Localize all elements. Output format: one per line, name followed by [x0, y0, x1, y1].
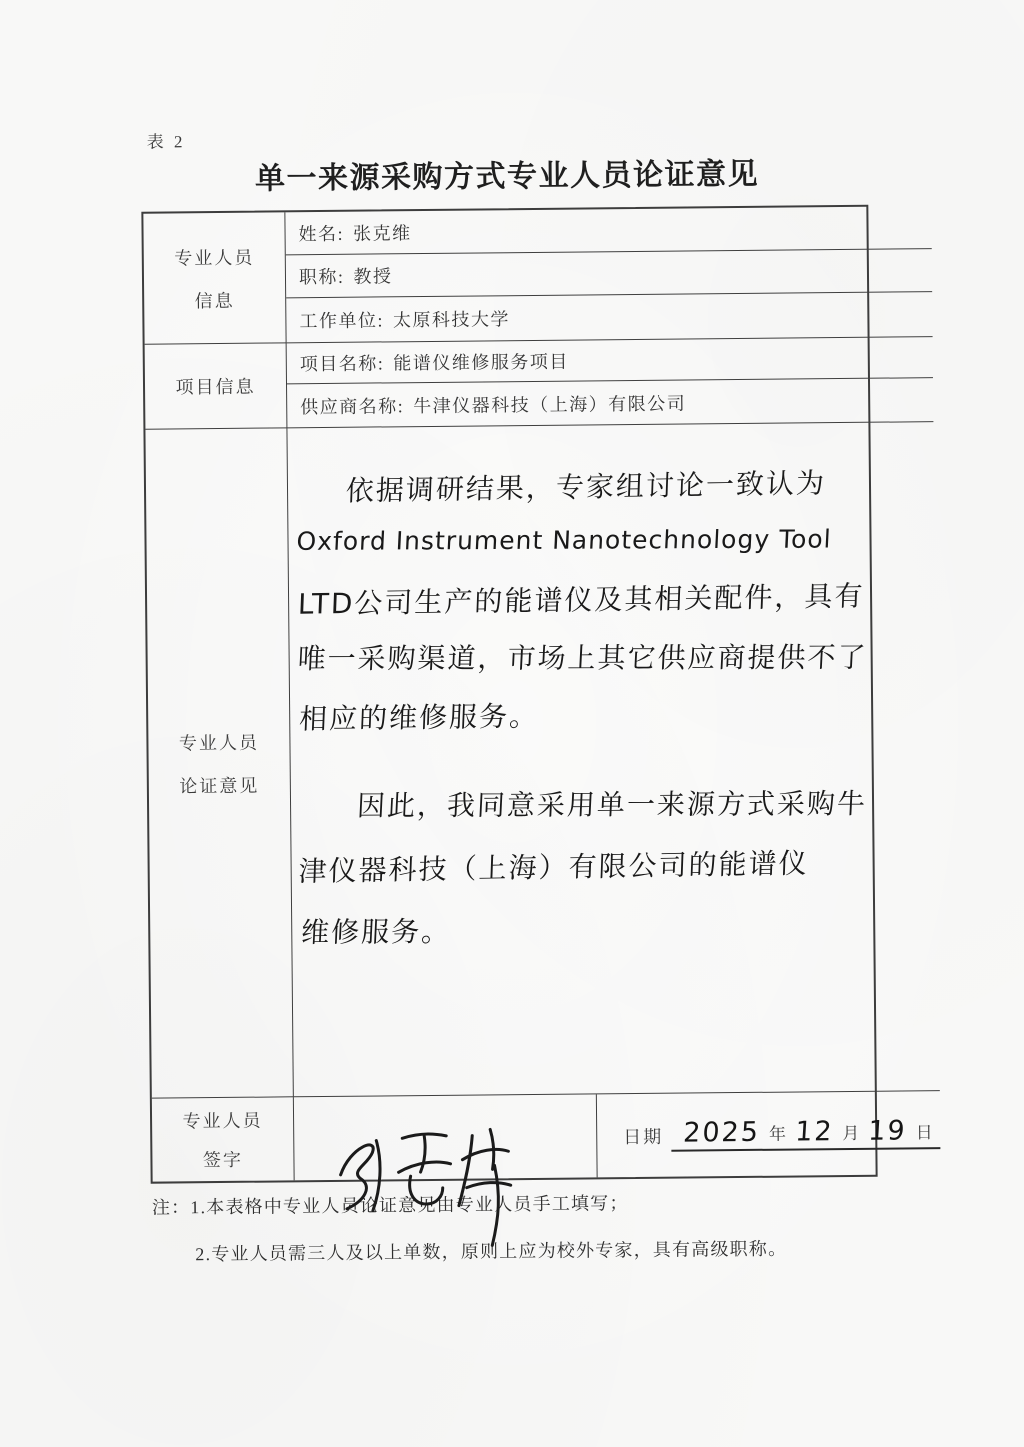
field-project-name-value: 能谱仪维修服务项目: [393, 348, 569, 376]
personnel-info-label-line1: 专业人员: [174, 243, 254, 270]
paper-sheet: 表 2 单一来源采购方式专业人员论证意见 专业人员 信息 姓名: 张克维 职称:…: [0, 0, 1024, 1447]
handwritten-opinion-line: 相应的维修服务。: [298, 695, 540, 738]
month-suffix: 月: [842, 1124, 859, 1145]
opinion-cell: 依据调研结果，专家组讨论一致认为 Oxford Instrument Nanot…: [287, 422, 940, 1097]
opinion-label-line2: 论证意见: [179, 771, 259, 798]
signature-label-line2: 签字: [203, 1146, 243, 1172]
project-info-label-text: 项目信息: [175, 373, 255, 400]
date-underline: 2025 年 12 月 19 日: [671, 1117, 941, 1152]
page-title: 单一来源采购方式专业人员论证意见: [0, 146, 1019, 200]
handwritten-opinion-line: 因此，我同意采用单一来源方式采购牛: [356, 782, 868, 824]
field-project-name-label: 项目名称:: [300, 349, 385, 376]
field-job-title-label: 职称:: [299, 263, 345, 289]
handwritten-year: 2025: [682, 1118, 760, 1146]
handwritten-opinion-line: Oxford Instrument Nanotechnology Tool: [296, 525, 832, 556]
field-name-label: 姓名:: [298, 220, 344, 246]
handwritten-opinion-line: 唯一采购渠道，市场上其它供应商提供不了: [297, 636, 869, 678]
signature-handwriting: [324, 1095, 556, 1257]
scanned-document-page: 表 2 单一来源采购方式专业人员论证意见 专业人员 信息 姓名: 张克维 职称:…: [0, 0, 1024, 1447]
day-suffix: 日: [916, 1123, 933, 1144]
signature-label-line1: 专业人员: [182, 1107, 262, 1134]
signature-label: 专业人员 签字: [152, 1097, 295, 1181]
signature-row: 日期 2025 年 12 月 19 日: [294, 1091, 941, 1180]
field-supplier-name: 供应商名称: 牛津仪器科技（上海）有限公司: [287, 378, 934, 428]
field-work-unit-label: 工作单位:: [299, 306, 384, 333]
project-info-label: 项目信息: [145, 343, 288, 429]
date-area: 日期 2025 年 12 月 19 日: [597, 1091, 941, 1177]
handwritten-opinion-line: LTD公司生产的能谱仪及其相关配件，具有: [297, 574, 865, 622]
field-job-title-value: 教授: [353, 262, 392, 288]
field-name-value: 张克维: [353, 219, 412, 246]
handwritten-opinion-line: 依据调研结果，专家组讨论一致认为: [345, 461, 827, 509]
opinion-label: 专业人员 论证意见: [145, 428, 293, 1098]
field-job-title: 职称: 教授: [286, 249, 933, 298]
field-work-unit-value: 太原科技大学: [393, 305, 510, 332]
field-supplier-name-label: 供应商名称:: [300, 392, 404, 419]
opinion-label-line1: 专业人员: [179, 728, 259, 755]
form-table: 专业人员 信息 姓名: 张克维 职称: 教授 工作单位: 太原科技大学 项目信息…: [141, 205, 877, 1184]
field-project-name: 项目名称: 能谱仪维修服务项目: [287, 337, 934, 384]
personnel-info-label-line2: 信息: [195, 286, 235, 312]
form-tag: 表 2: [147, 127, 186, 152]
date-label: 日期: [623, 1122, 663, 1148]
field-supplier-name-value: 牛津仪器科技（上海）有限公司: [413, 389, 686, 418]
signature-area: [294, 1094, 598, 1180]
personnel-info-label: 专业人员 信息: [143, 212, 286, 344]
field-name: 姓名: 张克维: [285, 206, 932, 255]
handwritten-month: 12: [794, 1118, 834, 1145]
handwritten-opinion-line: 津仪器科技（上海）有限公司的能谱仪: [298, 842, 810, 890]
handwritten-opinion-line: 维修服务。: [300, 910, 452, 951]
field-work-unit: 工作单位: 太原科技大学: [286, 292, 933, 343]
handwritten-day: 19: [867, 1117, 907, 1144]
year-suffix: 年: [769, 1125, 786, 1146]
